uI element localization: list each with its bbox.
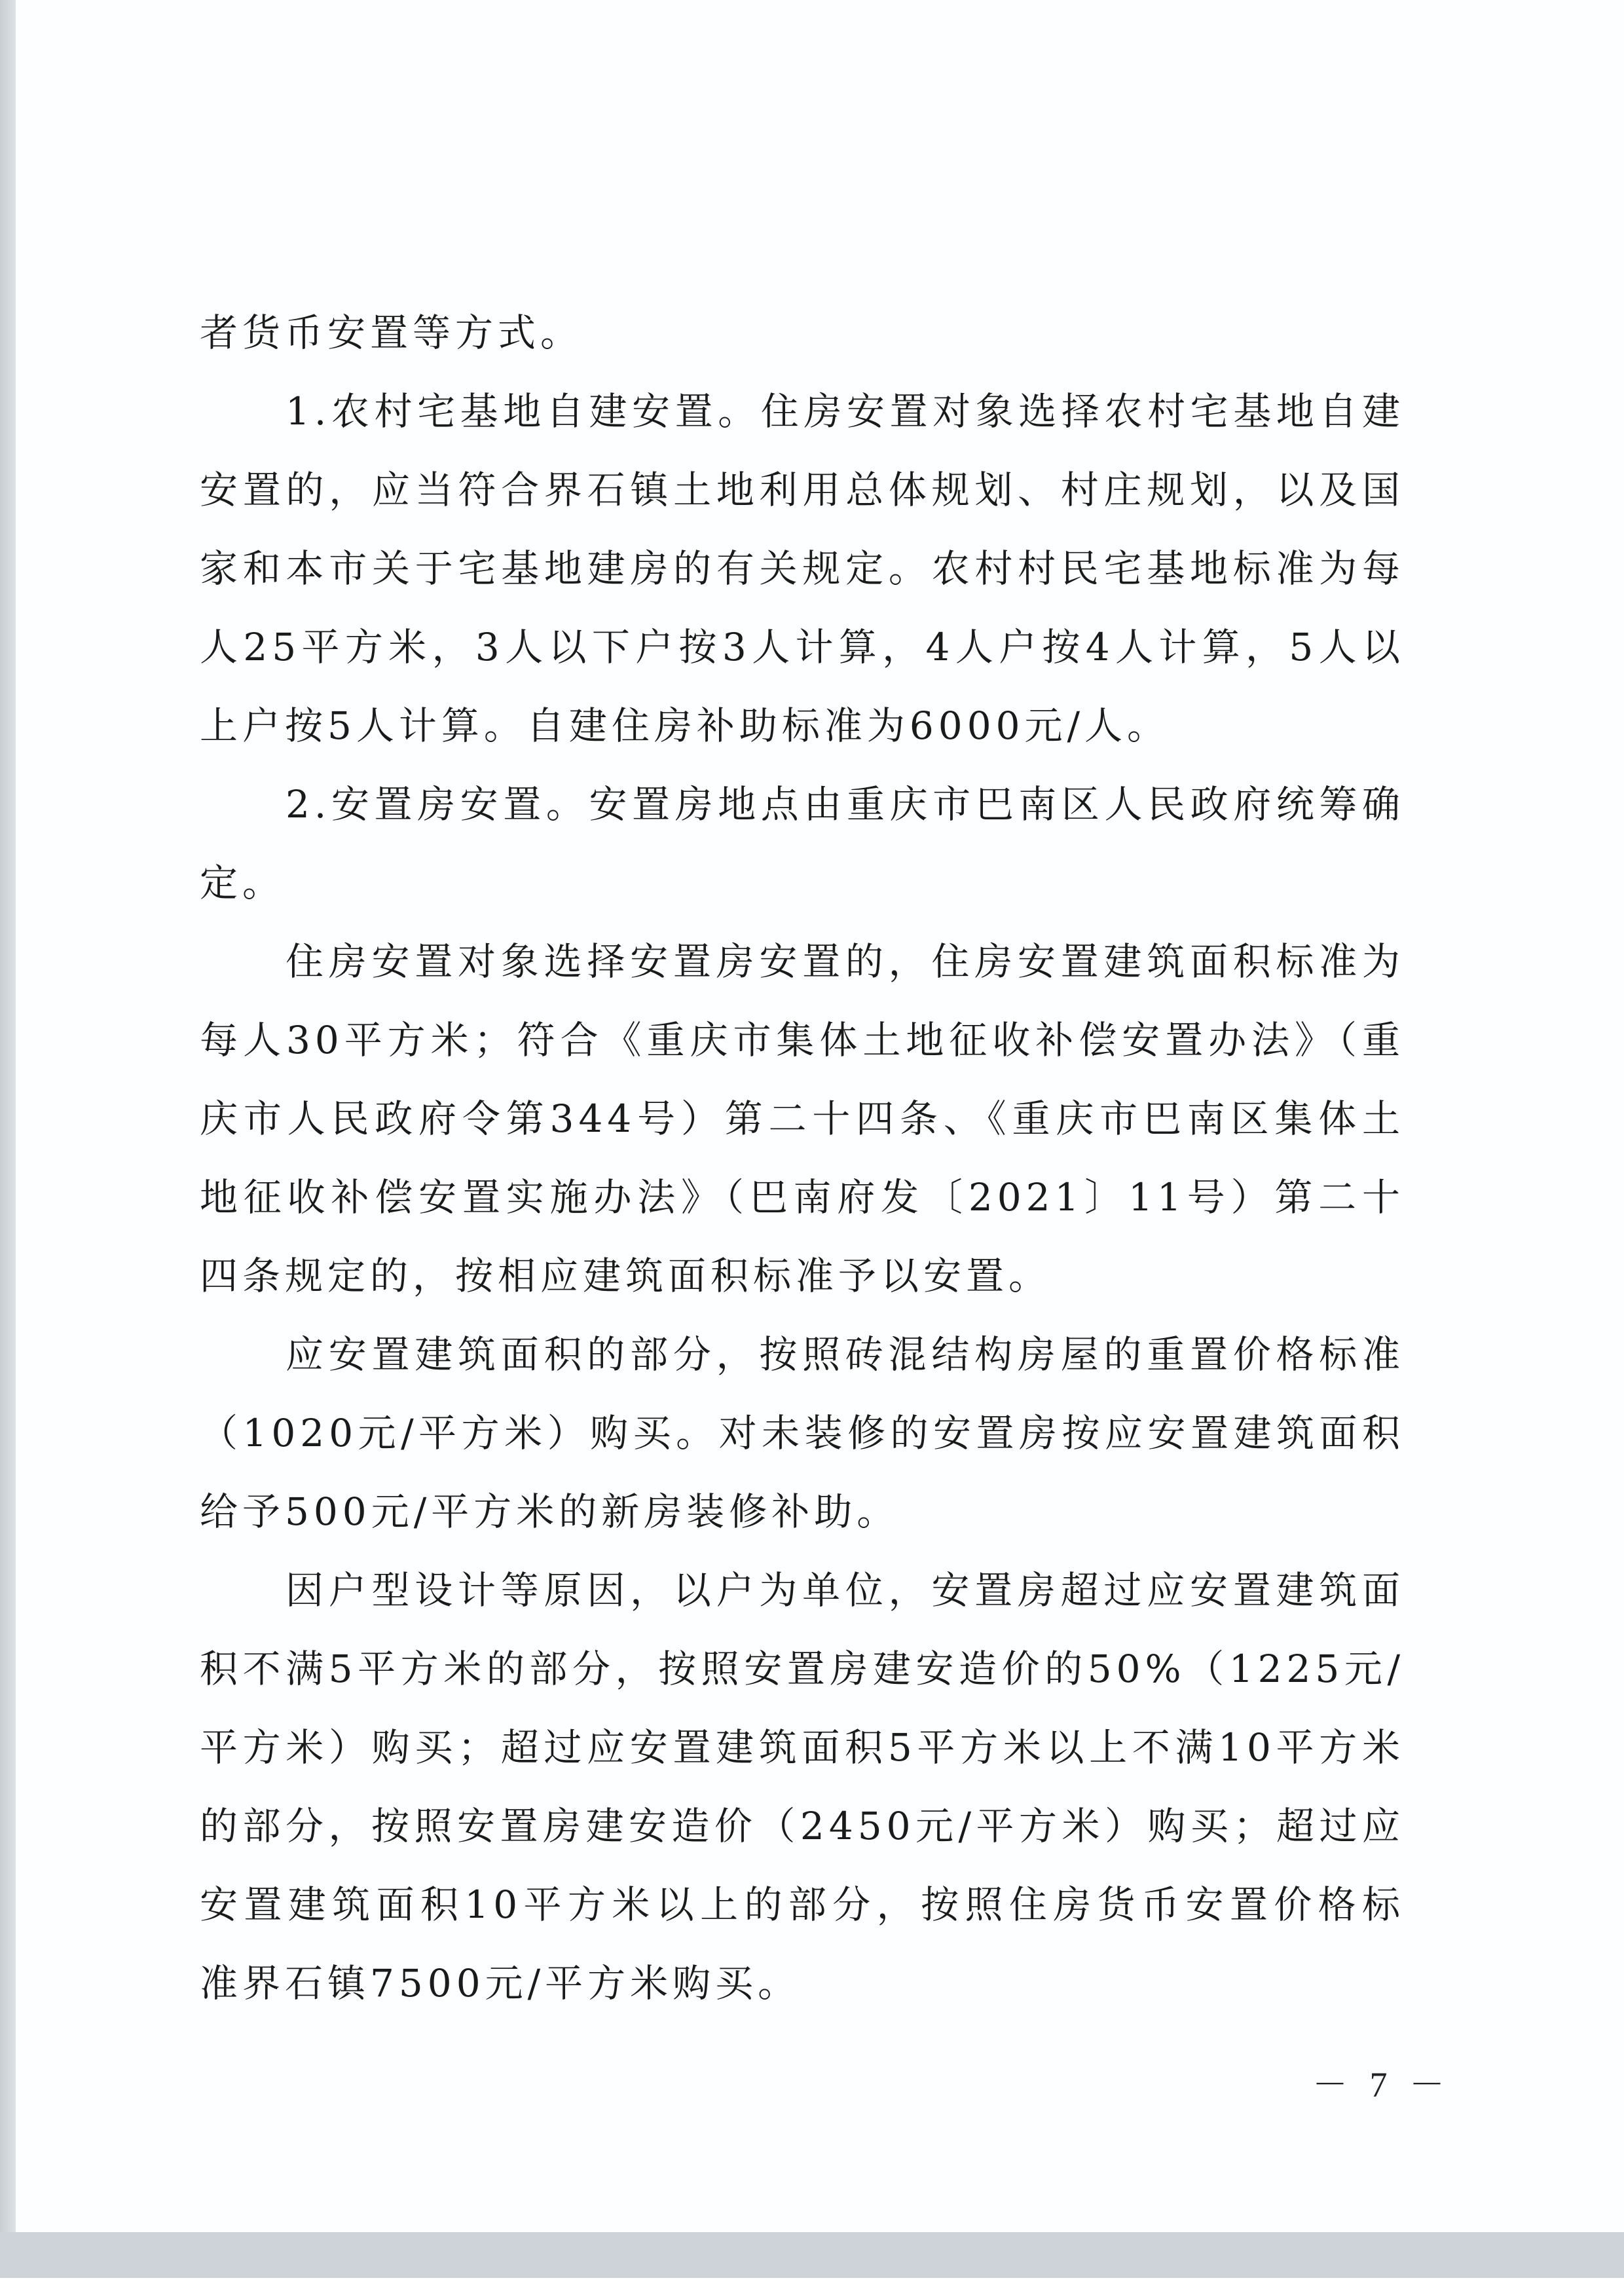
paragraph-area-standard: 住房安置对象选择安置房安置的，住房安置建筑面积标准为每人30平方米；符合《重庆市… bbox=[200, 922, 1405, 1315]
paragraph-purchase-price: 应安置建筑面积的部分，按照砖混结构房屋的重置价格标准（1020元/平方米）购买。… bbox=[200, 1315, 1405, 1551]
scan-left-edge bbox=[0, 0, 16, 2278]
page-number: － 7 － bbox=[1310, 2057, 1454, 2107]
document-body: 者货币安置等方式。 1.农村宅基地自建安置。住房安置对象选择农村宅基地自建安置的… bbox=[200, 293, 1405, 2023]
paragraph-excess-area: 因户型设计等原因，以户为单位，安置房超过应安置建筑面积不满5平方米的部分，按照安… bbox=[200, 1551, 1405, 2023]
paragraph-homestead-self-build: 1.农村宅基地自建安置。住房安置对象选择农村宅基地自建安置的，应当符合界石镇土地… bbox=[200, 372, 1405, 765]
scan-bottom-edge bbox=[0, 2232, 1624, 2278]
paragraph-resettlement-housing: 2.安置房安置。安置房地点由重庆市巴南区人民政府统筹确定。 bbox=[200, 765, 1405, 922]
paragraph-continuation: 者货币安置等方式。 bbox=[200, 293, 1405, 372]
